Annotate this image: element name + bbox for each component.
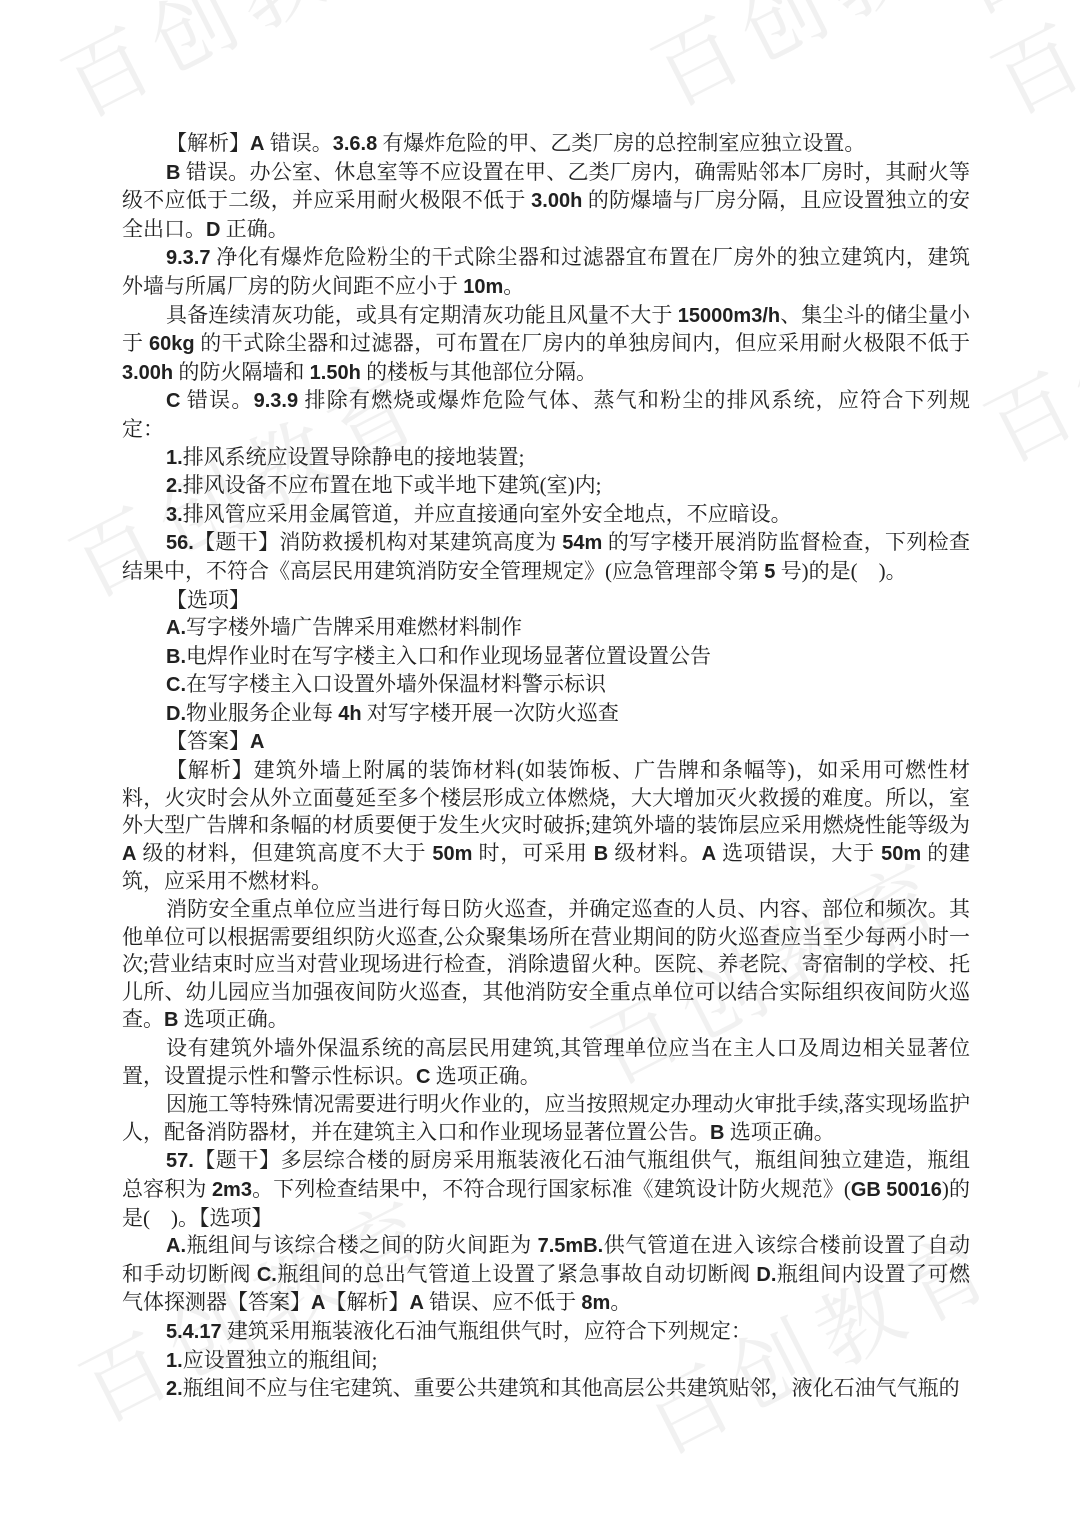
latin-run: 1.50h: [310, 362, 361, 384]
latin-run: C.: [166, 674, 186, 696]
watermark: 百创教育: [641, 0, 1023, 119]
latin-run: 50m: [881, 843, 921, 865]
watermark: 百创教育: [941, 0, 1080, 27]
paragraph: 【选项】: [122, 587, 970, 615]
latin-run: B.: [166, 646, 186, 668]
paragraph: 2.瓶组间不应与住宅建筑、重要公共建筑和其他高层公共建筑贴邻，液化石油气气瓶的: [122, 1375, 970, 1404]
latin-run: 50016: [886, 1179, 942, 1201]
latin-run: 57.: [166, 1150, 194, 1172]
paragraph: C.在写字楼主入口设置外墙外保温材料警示标识: [122, 671, 970, 700]
paragraph: 9.3.7 净化有爆炸危险粉尘的干式除尘器和过滤器宜布置在厂房外的独立建筑内，建…: [122, 244, 970, 301]
latin-run: C.: [257, 1264, 277, 1286]
latin-run: 50m: [432, 843, 472, 865]
paragraph: 2.排风设备不应布置在地下或半地下建筑(室)内;: [122, 472, 970, 501]
latin-run: A: [250, 731, 264, 753]
latin-run: 5: [764, 561, 775, 583]
latin-run: A: [311, 1292, 325, 1314]
paragraph: B.电焊作业时在写字楼主入口和作业现场显著位置设置公告: [122, 643, 970, 672]
latin-run: 15000m3/h: [678, 305, 780, 327]
latin-run: A.: [166, 1235, 186, 1257]
paragraph: 具备连续清灰功能，或具有定期清灰功能且风量不大于 15000m3/h、集尘斗的储…: [122, 302, 970, 388]
latin-run: 9.3.7: [166, 247, 210, 269]
latin-run: 8m: [581, 1292, 610, 1314]
latin-run: A.: [166, 617, 186, 639]
latin-run: B: [164, 1009, 178, 1031]
latin-run: 2.: [166, 475, 183, 497]
paragraph: D.物业服务企业每 4h 对写字楼开展一次防火巡查: [122, 700, 970, 729]
watermark: 百创教育: [981, 0, 1080, 127]
watermark: 百创教育: [974, 225, 1080, 475]
latin-run: A: [702, 843, 716, 865]
latin-run: 1.: [166, 447, 183, 469]
paragraph: A.瓶组间与该综合楼之间的防火间距为 7.5mB.供气管道在进入该综合楼前设置了…: [122, 1232, 970, 1318]
watermark: 百创教育: [51, 0, 433, 130]
paragraph: 因施工等特殊情况需要进行明火作业的，应当按照规定办理动火审批手续,落实现场监护人…: [122, 1091, 970, 1147]
paragraph: C 错误。9.3.9 排除有燃烧或爆炸危险气体、蒸气和粉尘的排风系统，应符合下列…: [122, 387, 970, 443]
latin-run: 2m3: [212, 1179, 252, 1201]
document-content: 【解析】A 错误。3.6.8 有爆炸危险的甲、乙类厂房的总控制室应独立设置。B …: [122, 130, 970, 1404]
latin-run: B: [710, 1122, 724, 1144]
paragraph: 【答案】A: [122, 728, 970, 757]
latin-run: 5.4.17: [166, 1321, 222, 1343]
latin-run: 3.6.8: [333, 133, 377, 155]
latin-run: 56.: [166, 532, 194, 554]
document-page: 百创教育百创教育百创教育百创教育百创教育百创教育百创教育百创教育百创教育 【解析…: [0, 0, 1080, 1528]
latin-run: 7.5mB.: [538, 1235, 604, 1257]
latin-run: 54m: [562, 532, 602, 554]
latin-run: 60kg: [149, 333, 195, 355]
paragraph: 3.排风管应采用金属管道，并应直接通向室外安全地点，不应暗设。: [122, 501, 970, 530]
latin-run: C: [166, 390, 180, 412]
paragraph: 1.应设置独立的瓶组间;: [122, 1347, 970, 1376]
latin-run: 3.: [166, 504, 183, 526]
paragraph: 【解析】建筑外墙上附属的装饰材料(如装饰板、广告牌和条幅等)，如采用可燃性材料，…: [122, 757, 970, 896]
paragraph: 消防安全重点单位应当进行每日防火巡查，并确定巡查的人员、内容、部位和频次。其他单…: [122, 896, 970, 1035]
latin-run: B: [594, 843, 608, 865]
latin-run: A: [122, 843, 136, 865]
paragraph: 57.【题干】多层综合楼的厨房采用瓶装液化石油气瓶组供气，瓶组间独立建造，瓶组总…: [122, 1147, 970, 1232]
latin-run: 1.: [166, 1350, 183, 1372]
latin-run: B: [166, 162, 180, 184]
latin-run: D.: [756, 1264, 776, 1286]
latin-run: 2.: [166, 1378, 183, 1400]
latin-run: 4h: [338, 703, 361, 725]
paragraph: 5.4.17 建筑采用瓶装液化石油气瓶组供气时，应符合下列规定：: [122, 1318, 970, 1347]
latin-run: 3.00h: [122, 362, 173, 384]
latin-run: A: [250, 133, 264, 155]
latin-run: GB: [851, 1179, 881, 1201]
latin-run: 3.00h: [531, 190, 582, 212]
latin-run: D: [206, 219, 220, 241]
paragraph: 56.【题干】消防救援机构对某建筑高度为 54m 的写字楼开展消防监督检查，下列…: [122, 529, 970, 586]
paragraph: B 错误。办公室、休息室等不应设置在甲、乙类厂房内，确需贴邻本厂房时，其耐火等级…: [122, 159, 970, 245]
paragraph: 设有建筑外墙外保温系统的高层民用建筑,其管理单位应当在主人口及周边相关显著位置，…: [122, 1035, 970, 1091]
latin-run: D.: [166, 703, 186, 725]
paragraph: A.写字楼外墙广告牌采用难燃材料制作: [122, 614, 970, 643]
paragraph: 【解析】A 错误。3.6.8 有爆炸危险的甲、乙类厂房的总控制室应独立设置。: [122, 130, 970, 159]
latin-run: A: [409, 1292, 423, 1314]
paragraph: 1.排风系统应设置导除静电的接地装置;: [122, 444, 970, 473]
latin-run: 9.3.9: [254, 390, 298, 412]
latin-run: C: [416, 1066, 430, 1088]
latin-run: 10m: [463, 276, 503, 298]
